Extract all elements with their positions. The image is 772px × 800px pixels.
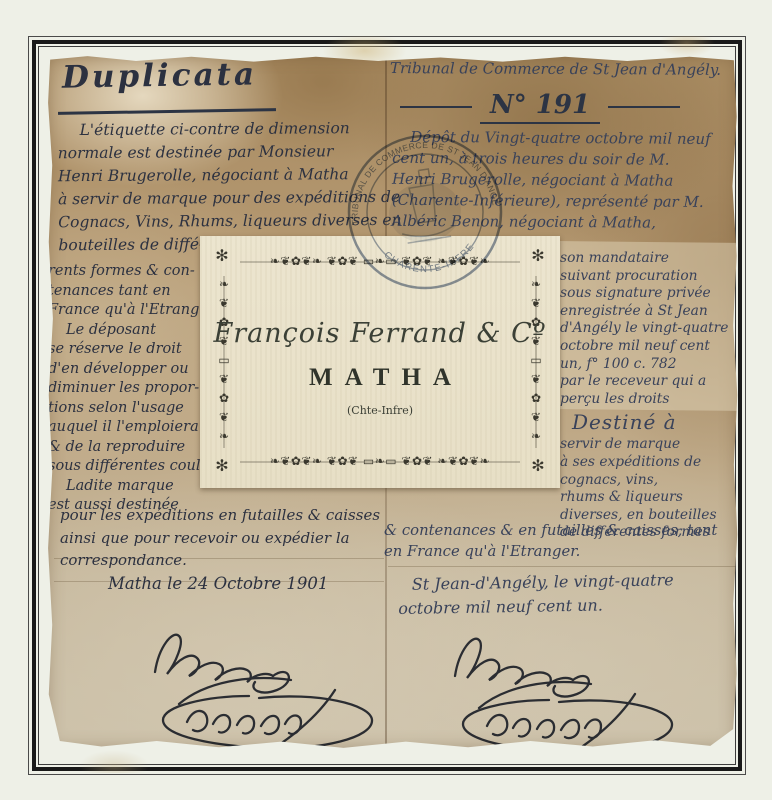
corner-rosette-icon: ✻ [212, 456, 232, 476]
vine-border-right: ❧❦✿❦▭❦✿❦❧ [526, 276, 546, 448]
handwritten-line: octobre mil neuf cent [560, 338, 746, 356]
handwritten-line: Ladite marque [48, 477, 220, 497]
handwritten-line: par le receveur qui a [560, 373, 746, 391]
signature-flourish-left [121, 606, 421, 756]
left-paragraph-bottom: pour les expéditions en futailles & cais… [60, 504, 418, 572]
signature-flourish-right [421, 610, 721, 760]
vine-border-bottom: ❧❦✿❦❧ ❦✿❦ ▭❧▭ ❦✿❦ ❧❦✿❦❧ [240, 452, 520, 472]
vine-border-left: ❧❦✿❦▭❦✿❦❧ [214, 276, 234, 448]
handwritten-line: & contenances & en futailles & caisses, … [384, 520, 756, 541]
handwritten-line: L'étiquette ci-contre de dimension [58, 117, 406, 142]
rule-line-right [608, 106, 680, 108]
handwritten-line: rents formes & con- [48, 262, 220, 282]
registration-number-row: N° 191 [390, 90, 690, 124]
handwritten-line: Le déposant [48, 321, 220, 341]
document-paper: Duplicata Tribunal de Commerce de St Jea… [46, 54, 738, 750]
city-name: MATHA [200, 364, 560, 392]
handwritten-line: en France qu'à l'Etranger. [384, 541, 756, 562]
handwritten-line: auquel il l'emploiera [48, 418, 220, 438]
handwritten-line: servir de marque [560, 436, 746, 454]
handwritten-line: & de la reproduire [48, 438, 220, 458]
handwritten-line: tenances tant en [48, 282, 220, 302]
handwritten-line: à ses expéditions de [560, 454, 746, 472]
handwritten-line: d'Angély le vingt-quatre [560, 320, 746, 338]
handwritten-line: rhums & liqueurs [560, 489, 746, 507]
handwritten-line: pour les expéditions en futailles & cais… [60, 504, 418, 527]
handwritten-line: sous différentes couleurs. [48, 457, 220, 477]
rule-line-left [400, 106, 472, 108]
duplicata-underline [58, 108, 276, 115]
right-paragraph-side-column: son mandatairesuivant procurationsous si… [560, 250, 746, 542]
handwritten-line: cognacs, vins, [560, 472, 746, 490]
company-name: François Ferrand & Cº [200, 318, 560, 349]
handwritten-line: se réserve le droit [48, 340, 220, 360]
tribunal-heading: Tribunal de Commerce de St Jean d'Angély… [390, 59, 750, 79]
court-stamp: TRIBUNAL DE COMMERCE DE ST JEAN D'ANGELY… [331, 118, 519, 306]
handwritten-line: d'en développer ou [48, 360, 220, 380]
handwritten-line: France qu'à l'Etranger. [48, 301, 220, 321]
handwritten-line: Destiné à [560, 408, 746, 436]
handwritten-line: perçu les droits [560, 391, 746, 409]
handwritten-line: ainsi que pour recevoir ou expédier la [60, 527, 418, 550]
handwritten-line: suivant procuration [560, 268, 746, 286]
corner-rosette-icon: ✻ [212, 246, 232, 266]
department-subtitle: (Chte-Infre) [200, 404, 560, 417]
corner-rosette-icon: ✻ [528, 456, 548, 476]
corner-rosette-icon: ✻ [528, 246, 548, 266]
handwritten-line: son mandataire [560, 250, 746, 268]
handwritten-line: diminuer les propor- [48, 379, 220, 399]
left-dateline: Matha le 24 Octobre 1901 [108, 574, 328, 593]
registration-number: N° 191 [480, 90, 600, 124]
handwritten-line: correspondance. [60, 549, 418, 572]
right-paragraph-bottom: & contenances & en futailles & caisses, … [384, 520, 756, 562]
duplicata-heading: Duplicata [62, 56, 258, 95]
faint-rule-line [388, 566, 744, 567]
scanned-trademark-registration-document: { "colors": { "page_background": "#eef0e… [0, 0, 772, 800]
handwritten-line: tions selon l'usage [48, 399, 220, 419]
handwritten-line: sous signature privée [560, 285, 746, 303]
handwritten-line: enregistrée à St Jean [560, 303, 746, 321]
handwritten-line: un, f° 100 c. 782 [560, 356, 746, 374]
left-paragraph-side-column: rents formes & con-tenances tant enFranc… [48, 262, 220, 516]
